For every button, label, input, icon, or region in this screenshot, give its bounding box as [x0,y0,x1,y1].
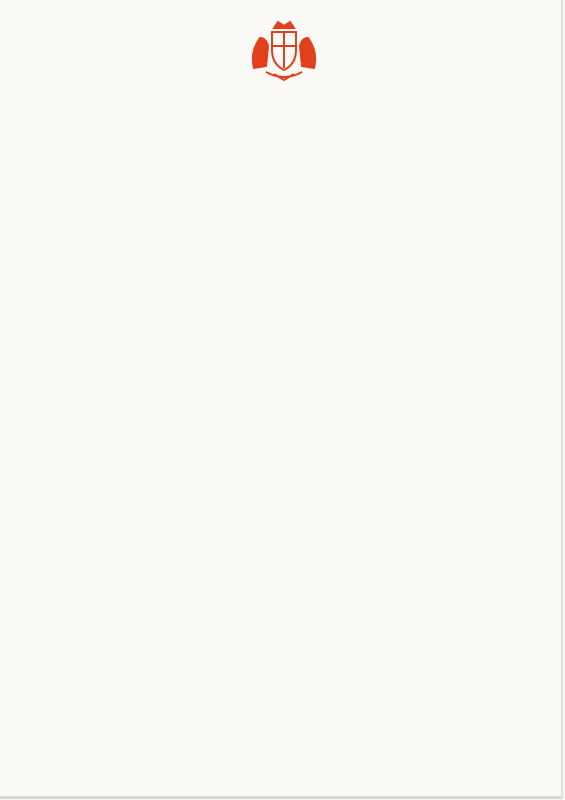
coat-of-arms-icon [244,20,324,82]
letter-page [0,0,563,799]
